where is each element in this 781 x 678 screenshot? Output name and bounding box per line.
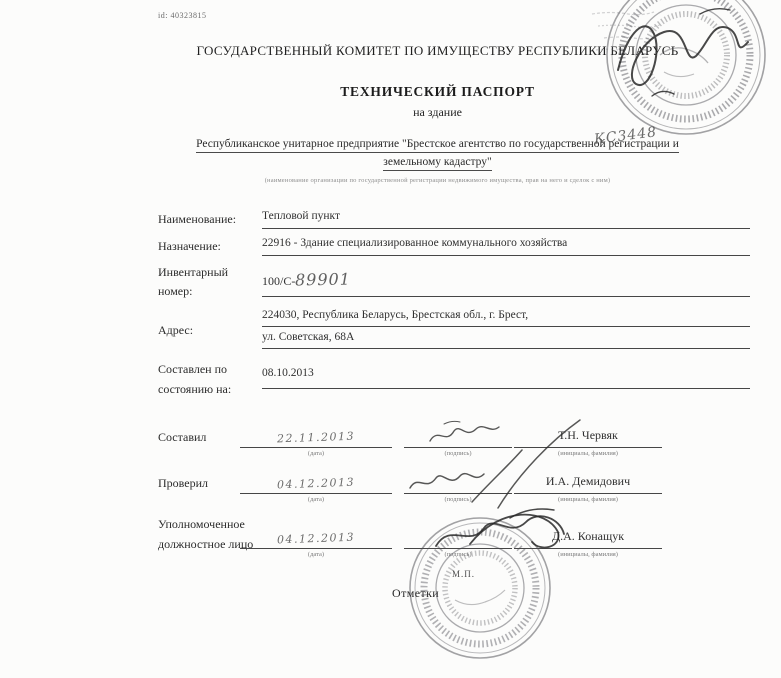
field-label-address: Адрес:: [158, 323, 193, 338]
signature-row1-name: Т.Н. Червяк: [514, 428, 662, 448]
signature-row2-label: Проверил: [158, 476, 208, 491]
signature-row1-sign-line: [404, 428, 512, 448]
field-value-name: Тепловой пункт: [262, 210, 750, 229]
notes-label: Отметки: [392, 586, 439, 601]
signature-row1-sign-caption: (подпись): [404, 450, 512, 457]
document-id-number: id: 40323815: [158, 11, 206, 20]
page-title: ГОСУДАРСТВЕННЫЙ КОМИТЕТ ПО ИМУЩЕСТВУ РЕС…: [95, 43, 780, 59]
signature-row1-date: 22.11.2013: [277, 430, 355, 446]
signature-row3-sign-line: [404, 529, 512, 549]
signature-row2-date-caption: (дата): [240, 496, 392, 503]
field-label-compiled-line2: состоянию на:: [158, 379, 231, 399]
signature-row2-name: И.А. Демидович: [514, 474, 662, 494]
signature-row1-date-line: 22.11.2013: [240, 428, 392, 448]
field-label-inventory: Инвентарный номер:: [158, 263, 228, 301]
field-label-inventory-line2: номер:: [158, 282, 228, 301]
signature-row1-label: Составил: [158, 430, 206, 445]
signature-row2-date-line: 04.12.2013: [240, 474, 392, 494]
field-label-name: Наименование:: [158, 212, 236, 227]
field-label-inventory-line1: Инвентарный: [158, 263, 228, 282]
signature-row3-label-line1: Уполномоченное: [158, 514, 253, 534]
field-label-compiled: Составлен по состоянию на:: [158, 359, 231, 400]
signature-row3-name-caption: (инициалы, фамилия): [514, 551, 662, 558]
field-value-address-line2: ул. Советская, 68А: [262, 331, 750, 349]
org-name-caption: (наименование организации по государстве…: [120, 177, 755, 184]
seal-place-mark: М.П.: [452, 569, 475, 579]
signature-row2-sign-line: [404, 474, 512, 494]
signature-row3-label-line2: должностное лицо: [158, 534, 253, 554]
signature-row3-date-line: 04.12.2013: [240, 529, 392, 549]
signature-row2-date: 04.12.2013: [277, 476, 355, 492]
inventory-handwritten-part: 89901: [295, 270, 351, 290]
field-value-address-line1: 224030, Республика Беларусь, Брестская о…: [262, 309, 750, 327]
field-value-compiled-date: 08.10.2013: [262, 367, 750, 389]
signature-row2-name-caption: (инициалы, фамилия): [514, 496, 662, 503]
signature-row3-date-caption: (дата): [240, 551, 392, 558]
signature-row1-date-caption: (дата): [240, 450, 392, 457]
field-value-inventory: 100/С-89901: [262, 270, 750, 297]
document-subtitle: на здание: [95, 105, 780, 120]
signature-row2-sign-caption: (подпись): [404, 496, 512, 503]
signature-row3-date: 04.12.2013: [277, 531, 355, 547]
field-value-purpose: 22916 - Здание специализированное коммун…: [262, 237, 750, 256]
inventory-printed-part: 100/С-: [262, 274, 295, 288]
signature-row3-label: Уполномоченное должностное лицо: [158, 514, 253, 555]
scanned-document-page: id: 40323815 ГОСУДАРСТВЕННЫЙ КОМИТЕТ ПО …: [0, 0, 781, 678]
field-label-purpose: Назначение:: [158, 239, 221, 254]
signature-row1-name-caption: (инициалы, фамилия): [514, 450, 662, 457]
org-name-line2: земельному кадастру": [383, 156, 491, 171]
document-title: ТЕХНИЧЕСКИЙ ПАСПОРТ: [95, 84, 780, 100]
org-name-block: Республиканское унитарное предприятие "Б…: [120, 139, 755, 168]
field-label-compiled-line1: Составлен по: [158, 359, 231, 379]
signature-row3-name: Д.А. Конащук: [514, 529, 662, 549]
signature-row3-sign-caption: (подпись): [404, 551, 512, 558]
